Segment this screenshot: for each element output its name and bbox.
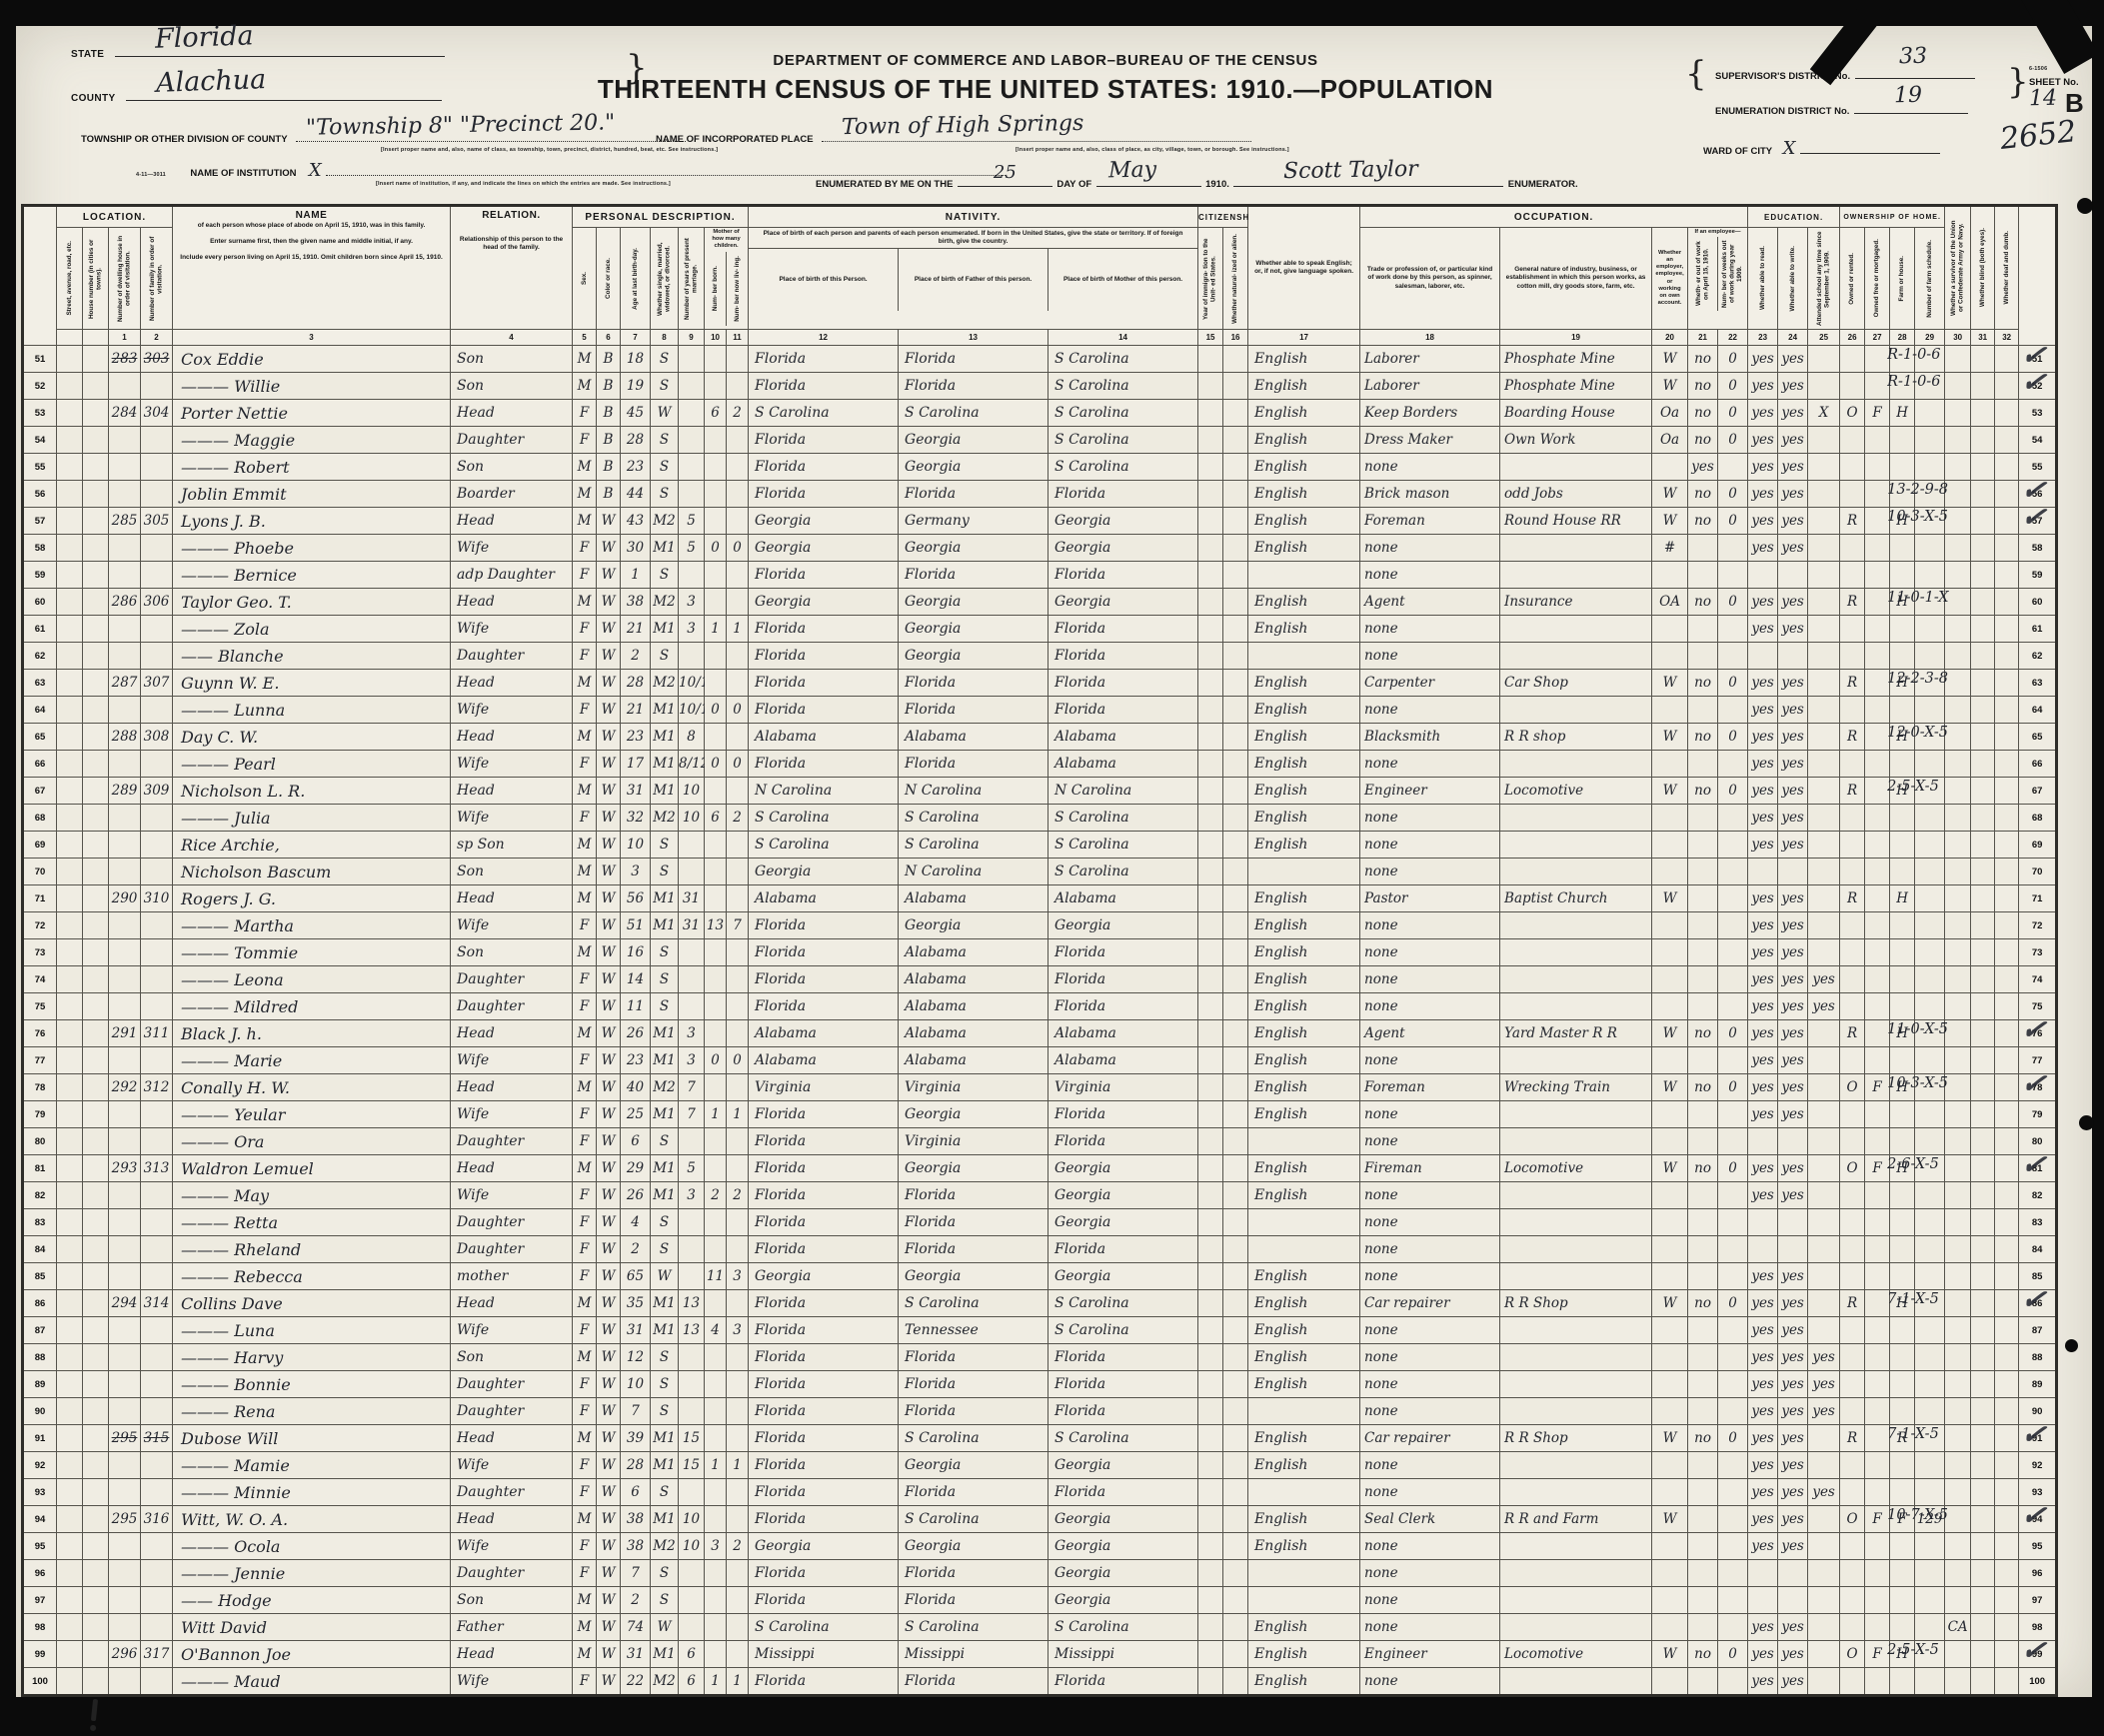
relation-desc: Relationship of this person to the head … [451,235,572,253]
cell-name: ——— Harvy [173,1344,451,1371]
cell-col: B [597,346,621,373]
cell-yrs: 5 [679,508,705,535]
cell-house [83,1425,109,1452]
cell-line: 97 [23,1587,57,1614]
cell-eng: English [1248,751,1360,778]
cell-out: no [1688,400,1718,427]
cell-dw: 288 [109,724,141,751]
cell-fh: H [1890,400,1915,427]
cell-sex: F [573,535,597,562]
cell-ind: R R Shop [1500,1290,1652,1317]
cell-own [1840,373,1865,400]
cell-fr [1865,508,1890,535]
cell-pbm: Georgia [1049,1506,1198,1533]
cell-line: 59 [23,562,57,589]
cell-dw: 295 [109,1425,141,1452]
cell-fam [141,1182,173,1209]
cell-cl [727,1371,749,1398]
cell-name: Lyons J. B. [173,508,451,535]
cell-mar: M2 [651,805,679,832]
cell-cl [727,1614,749,1641]
cell-pbf: Florida [899,1668,1049,1696]
cell-yrs [679,454,705,481]
cell-rel: Son [451,1587,573,1614]
cell-col: W [597,1101,621,1128]
cell-cl [727,832,749,859]
cell-house [83,373,109,400]
cell-sch [1808,616,1840,643]
cell-ind [1500,616,1652,643]
cell-out [1688,562,1718,589]
cell-name: ——— Julia [173,805,451,832]
cell-pbf: Alabama [899,885,1049,912]
cell-pbf: Tennessee [899,1317,1049,1344]
column-number: 20 [1652,330,1688,346]
cell-rel: Head [451,724,573,751]
cell-age: 3 [621,859,651,885]
col-trade: Trade or profession of, or particular ki… [1360,228,1500,330]
cell-emp [1652,859,1688,885]
cell-dw: 287 [109,670,141,697]
cell-age: 38 [621,1533,651,1560]
table-row: 94295316Witt, W. O. A.HeadMW38M110Florid… [23,1506,2057,1533]
margin-annotation: 13-2-9-8 [1887,482,1948,498]
cell-wr: yes [1778,454,1808,481]
county-label: County [71,93,116,104]
cell-eng: English [1248,1506,1360,1533]
cell-emp: W [1652,508,1688,535]
sheet-brace: } [2007,62,2029,102]
cell-ind: Phosphate Mine [1500,346,1652,373]
cell-cl [727,966,749,993]
cell-fs [1915,1560,1945,1587]
cell-cb [705,1020,727,1047]
cell-cl [727,1560,749,1587]
col-blind-label: Whether blind (both eyes). [1979,228,1987,307]
cell-imm [1198,1128,1223,1155]
cell-wr: yes [1778,778,1808,805]
cell-out [1688,1209,1718,1236]
cell-trade: none [1360,832,1500,859]
cell-wr: yes [1778,373,1808,400]
cell-surv [1945,1452,1971,1479]
cell-line: 70 [23,859,57,885]
cell-col: W [597,1020,621,1047]
cell-surv [1945,1479,1971,1506]
cell-out [1688,643,1718,670]
cell-mar: M1 [651,616,679,643]
county-value: Alachua [156,64,267,99]
cell-ind: Locomotive [1500,1641,1652,1668]
cell-cl: 0 [727,697,749,724]
cell-sex: M [573,1074,597,1101]
cell-out: no [1688,1425,1718,1452]
place-note: [Insert proper name and, also, class of … [1016,147,1289,153]
cell-pb: Florida [749,643,899,670]
margin-annotation: 11-0-1-X [1887,590,1948,606]
cell-surv: 2-5-X-5 [1945,1641,1971,1668]
nativity-desc: Place of birth of each person and parent… [749,228,1197,248]
cell-surv: 2-5-X-5 [1945,778,1971,805]
cell-line: 79 [2019,1101,2057,1128]
cell-mar: M1 [651,1182,679,1209]
cell-rd: yes [1748,1101,1778,1128]
cell-mar: S [651,832,679,859]
cell-blind [1971,697,1995,724]
cell-fam [141,1344,173,1371]
cell-imm [1198,1506,1223,1533]
cell-rd: yes [1748,1641,1778,1668]
cell-emp: W [1652,1155,1688,1182]
cell-name: ——— Willie [173,373,451,400]
cell-pb: Georgia [749,859,899,885]
cell-line: 55 [23,454,57,481]
cell-nat [1223,1209,1248,1236]
cell-pb: Florida [749,697,899,724]
cell-out [1688,1668,1718,1696]
cell-cl: 0 [727,1047,749,1074]
cell-street [57,1479,83,1506]
cell-emp: W [1652,1425,1688,1452]
cell-yrs [679,1236,705,1263]
cell-surv [1945,1398,1971,1425]
cell-wr: yes [1778,508,1808,535]
cell-deaf [1995,1641,2019,1668]
cell-street [57,993,83,1020]
cell-street [57,373,83,400]
cell-name: ——— Rheland [173,1236,451,1263]
cell-sex: M [573,1290,597,1317]
cell-street [57,697,83,724]
cell-dw [109,1614,141,1641]
cell-rd: yes [1748,535,1778,562]
cell-own: R [1840,670,1865,697]
cell-wr: yes [1778,966,1808,993]
cell-pbm: Georgia [1049,1209,1198,1236]
cell-rel: Son [451,454,573,481]
col-color-label: Color or race. [605,258,613,299]
column-number: 7 [621,330,651,346]
cell-line: 69 [2019,832,2057,859]
cell-blind [1971,535,1995,562]
cell-out [1688,993,1718,1020]
table-row: 75——— MildredDaughterFW11SFloridaAlabama… [23,993,2057,1020]
cell-line: 87 [2019,1317,2057,1344]
column-number: 3 [173,330,451,346]
cell-trade: none [1360,1344,1500,1371]
cell-trade: none [1360,1479,1500,1506]
scan-edge [2095,0,2104,1736]
cell-col: W [597,1182,621,1209]
cell-yrs [679,1398,705,1425]
cell-street [57,1452,83,1479]
cell-wks [1718,1479,1748,1506]
cell-dw [109,1587,141,1614]
ink-blot [2065,1339,2078,1352]
cell-name: ——— Bonnie [173,1371,451,1398]
cell-out [1688,1560,1718,1587]
cell-house [83,1614,109,1641]
cell-wks: 0 [1718,481,1748,508]
cell-deaf [1995,400,2019,427]
cell-dw: 286 [109,589,141,616]
column-number: 4 [451,330,573,346]
cell-line: 88 [23,1344,57,1371]
cell-surv [1945,643,1971,670]
cell-mar: S [651,346,679,373]
cell-own [1840,1182,1865,1209]
cell-cb [705,966,727,993]
cell-age: 32 [621,805,651,832]
cell-sch [1808,1506,1840,1533]
cell-wr [1778,859,1808,885]
cell-house [83,454,109,481]
cell-line: 59 [2019,562,2057,589]
cell-house [83,1317,109,1344]
cell-street [57,1317,83,1344]
cell-col: W [597,966,621,993]
cell-col: W [597,1452,621,1479]
agency-line: DEPARTMENT OF COMMERCE AND LABOR–BUREAU … [546,52,1545,70]
cell-ind [1500,1236,1652,1263]
cell-fam [141,697,173,724]
cell-cl [727,939,749,966]
col-color: Color or race. [597,228,621,330]
cell-ind [1500,1587,1652,1614]
cell-deaf [1995,1182,2019,1209]
cell-imm [1198,1641,1223,1668]
checkmark: ✓ [2019,1631,2049,1669]
cell-ind: Insurance [1500,589,1652,616]
cell-rel: Head [451,1020,573,1047]
cell-dw [109,1371,141,1398]
cell-pbf: Florida [899,1236,1049,1263]
cell-wr: yes [1778,1182,1808,1209]
cell-pb: Florida [749,751,899,778]
cell-surv [1945,400,1971,427]
cell-wks [1718,1668,1748,1696]
cell-ind: Phosphate Mine [1500,373,1652,400]
cell-age: 4 [621,1209,651,1236]
cell-cb [705,670,727,697]
table-row: 54——— MaggieDaughterFB28SFloridaGeorgiaS… [23,427,2057,454]
cell-eng: English [1248,1344,1360,1371]
cell-fam: 316 [141,1506,173,1533]
cell-eng [1248,643,1360,670]
cell-trade: Pastor [1360,885,1500,912]
cell-line: 81✓ [2019,1155,2057,1182]
table-row: 90——— RenaDaughterFW7SFloridaFloridaFlor… [23,1398,2057,1425]
table-row: 55——— RobertSonMB23SFloridaGeorgiaS Caro… [23,454,2057,481]
cell-house [83,346,109,373]
cell-sex: F [573,1047,597,1074]
cell-rel: Head [451,1425,573,1452]
checkmark: ✓ [2019,1010,2049,1048]
cell-imm [1198,778,1223,805]
table-row: 66——— PearlWifeFW17M18/1200FloridaFlorid… [23,751,2057,778]
cell-rd [1748,1236,1778,1263]
cell-sch [1808,859,1840,885]
cell-ind [1500,912,1652,939]
cell-wks [1718,805,1748,832]
cell-cl [727,859,749,885]
cell-deaf [1995,562,2019,589]
cell-cb: 0 [705,535,727,562]
cell-line: 73 [23,939,57,966]
col-age: Age at last birth-day. [621,228,651,330]
cell-pb: N Carolina [749,778,899,805]
cell-line: 96 [2019,1560,2057,1587]
cell-dw: 292 [109,1074,141,1101]
table-row: 63287307Guynn W. E.HeadMW28M210/12Florid… [23,670,2057,697]
table-row: 99296317O'Bannon JoeHeadMW31M16MissippiM… [23,1641,2057,1668]
cell-sex: F [573,1668,597,1696]
cell-out [1688,1506,1718,1533]
cell-sch [1808,885,1840,912]
cell-yrs [679,481,705,508]
cell-pb: Florida [749,481,899,508]
cell-fs [1915,1371,1945,1398]
township-field: TOWNSHIP OR OTHER DIVISION OF COUNTY "To… [81,129,718,153]
cell-age: 17 [621,751,651,778]
cell-pbf: N Carolina [899,778,1049,805]
cell-blind [1971,1371,1995,1398]
cell-trade: Blacksmith [1360,724,1500,751]
cell-imm [1198,993,1223,1020]
cell-deaf [1995,1425,2019,1452]
cell-name: Witt, W. O. A. [173,1506,451,1533]
cell-mar: M2 [651,1668,679,1696]
cell-ind: Wrecking Train [1500,1074,1652,1101]
cell-rel: Head [451,885,573,912]
cell-emp: W [1652,1020,1688,1047]
cell-sch: X [1808,400,1840,427]
cell-blind [1971,805,1995,832]
cell-dw: 291 [109,1020,141,1047]
cell-col: W [597,1425,621,1452]
cell-surv [1945,1182,1971,1209]
cell-mar: S [651,1344,679,1371]
cell-house [83,1155,109,1182]
cell-cl [727,427,749,454]
cell-pbf: Georgia [899,616,1049,643]
cell-pbf: Florida [899,1560,1049,1587]
cell-surv [1945,1317,1971,1344]
cell-surv [1945,454,1971,481]
cell-fr [1865,1047,1890,1074]
cell-out [1688,1614,1718,1641]
if-employee-label: If an employee— [1688,228,1747,237]
cell-trade: Carpenter [1360,670,1500,697]
mother-children-label: Mother of how many children. [705,228,748,252]
cell-surv [1945,832,1971,859]
cell-imm [1198,373,1223,400]
cell-wr [1778,1128,1808,1155]
margin-annotation: 11-0-X-5 [1887,1021,1948,1037]
cell-fh [1890,751,1915,778]
cell-trade: none [1360,1560,1500,1587]
cell-rd: yes [1748,1155,1778,1182]
cell-blind [1971,643,1995,670]
cell-name: Porter Nettie [173,400,451,427]
cell-line: 85 [23,1263,57,1290]
cell-blind [1971,1425,1995,1452]
column-number: 23 [1748,330,1778,346]
column-number [57,330,83,346]
margin-annotation: 2-6-X-5 [1887,1156,1939,1172]
cell-own [1840,1398,1865,1425]
cell-name: Rogers J. G. [173,885,451,912]
cell-mar: S [651,1371,679,1398]
cell-dw [109,1317,141,1344]
cell-pbm: Georgia [1049,1452,1198,1479]
checkmark: ✓ [2019,1280,2049,1318]
cell-sch [1808,1641,1840,1668]
cell-col: W [597,697,621,724]
cell-pbf: S Carolina [899,1425,1049,1452]
cell-trade: Car repairer [1360,1425,1500,1452]
cell-eng: English [1248,616,1360,643]
cell-house [83,616,109,643]
cell-name: ——— Mamie [173,1452,451,1479]
cell-deaf [1995,1317,2019,1344]
cell-own [1840,697,1865,724]
cell-trade: none [1360,1182,1500,1209]
cell-wks [1718,1209,1748,1236]
cell-rel: Wife [451,805,573,832]
cell-out [1688,912,1718,939]
cell-line: 74 [23,966,57,993]
cell-eng [1248,1587,1360,1614]
cell-dw [109,1263,141,1290]
cell-col: W [597,1236,621,1263]
table-row: 97—— HodgeSonMW2SFloridaFloridaGeorgiano… [23,1587,2057,1614]
cell-fs [1915,1317,1945,1344]
cell-nat [1223,1263,1248,1290]
cell-pbm: Georgia [1049,1587,1198,1614]
cell-sch [1808,832,1840,859]
cell-ind: Locomotive [1500,1155,1652,1182]
cell-sex: M [573,778,597,805]
cell-eng: English [1248,589,1360,616]
cell-fr [1865,373,1890,400]
cell-rel: Daughter [451,643,573,670]
cell-name: ——— Marie [173,1047,451,1074]
cell-wks: 0 [1718,400,1748,427]
cell-rd: yes [1748,697,1778,724]
cell-surv [1945,1668,1971,1696]
cell-yrs: 10 [679,778,705,805]
col-survivor: Whether a survivor of the Union or Confe… [1945,206,1971,330]
cell-sch [1808,373,1840,400]
cell-own [1840,562,1865,589]
cell-fam [141,616,173,643]
table-row: 93——— MinnieDaughterFW6SFloridaFloridaFl… [23,1479,2057,1506]
cell-col: B [597,481,621,508]
cell-name: Waldron Lemuel [173,1155,451,1182]
cell-nat [1223,1074,1248,1101]
cell-emp: Oa [1652,400,1688,427]
cell-deaf [1995,1371,2019,1398]
cell-emp: W [1652,885,1688,912]
cell-cb [705,724,727,751]
cell-nat [1223,400,1248,427]
cell-wr: yes [1778,1074,1808,1101]
cell-own: R [1840,589,1865,616]
cell-sex: F [573,966,597,993]
cell-street [57,859,83,885]
cell-ind [1500,939,1652,966]
